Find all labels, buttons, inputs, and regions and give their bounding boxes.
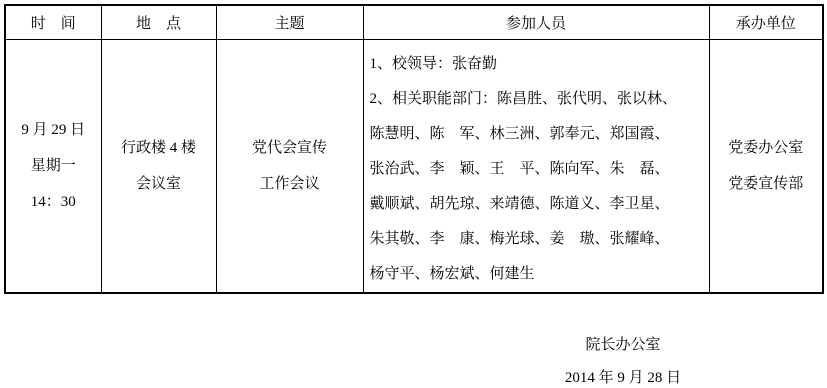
participants-line: 张治武、李 颖、王 平、陈向军、朱 磊、 bbox=[370, 152, 705, 187]
cell-participants: 1、校领导：张奋勤 2、相关职能部门：陈昌胜、张代明、张以林、 陈慧明、陈 军、… bbox=[363, 39, 709, 293]
document-footer: 院长办公室 2014 年 9 月 28 日 bbox=[453, 329, 793, 388]
cell-time: 9 月 29 日 星期一 14：30 bbox=[5, 39, 101, 293]
cell-topic: 党代会宣传 工作会议 bbox=[216, 39, 363, 293]
column-header-participants: 参加人员 bbox=[363, 5, 709, 39]
topic-line: 党代会宣传 bbox=[217, 130, 363, 166]
table-row: 9 月 29 日 星期一 14：30 行政楼 4 楼 会议室 党代会宣传 工作会… bbox=[5, 39, 823, 293]
document-page: 时 间 地 点 主题 参加人员 承办单位 9 月 29 日 星期一 14：30 … bbox=[0, 0, 827, 388]
time-weekday: 星期一 bbox=[6, 148, 101, 184]
time-clock: 14：30 bbox=[6, 184, 101, 220]
footer-date: 2014 年 9 月 28 日 bbox=[453, 362, 793, 388]
column-header-time: 时 间 bbox=[5, 5, 101, 39]
participants-line: 1、校领导：张奋勤 bbox=[370, 47, 705, 82]
header-row: 时 间 地 点 主题 参加人员 承办单位 bbox=[5, 5, 823, 39]
column-header-location: 地 点 bbox=[101, 5, 216, 39]
topic-line: 工作会议 bbox=[217, 166, 363, 202]
footer-signature: 院长办公室 bbox=[453, 329, 793, 362]
participants-line: 2、相关职能部门：陈昌胜、张代明、张以林、 bbox=[370, 82, 705, 117]
column-header-organizer: 承办单位 bbox=[709, 5, 823, 39]
participants-line: 杨守平、杨宏斌、何建生 bbox=[370, 257, 705, 292]
cell-location: 行政楼 4 楼 会议室 bbox=[101, 39, 216, 293]
organizer-line: 党委宣传部 bbox=[710, 166, 823, 202]
meeting-schedule-table: 时 间 地 点 主题 参加人员 承办单位 9 月 29 日 星期一 14：30 … bbox=[4, 4, 824, 294]
participants-line: 戴顺斌、胡先琼、来靖德、陈道义、李卫星、 bbox=[370, 187, 705, 222]
organizer-line: 党委办公室 bbox=[710, 130, 823, 166]
cell-organizer: 党委办公室 党委宣传部 bbox=[709, 39, 823, 293]
participants-line: 陈慧明、陈 军、林三洲、郭奉元、郑国霞、 bbox=[370, 117, 705, 152]
location-line: 会议室 bbox=[102, 166, 216, 202]
location-line: 行政楼 4 楼 bbox=[102, 130, 216, 166]
time-date: 9 月 29 日 bbox=[6, 112, 101, 148]
column-header-topic: 主题 bbox=[216, 5, 363, 39]
participants-line: 朱其敬、李 康、梅光球、姜 璈、张耀峰、 bbox=[370, 222, 705, 257]
